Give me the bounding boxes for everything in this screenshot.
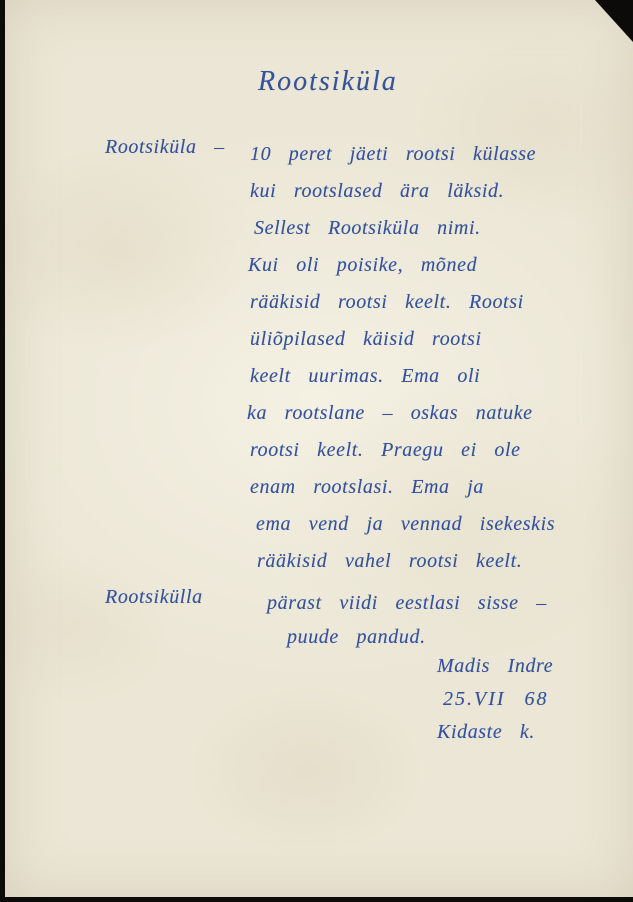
handwritten-line: Sellest Rootsiküla nimi. bbox=[254, 210, 555, 247]
handwritten-line: kui rootslased ära läksid. bbox=[250, 173, 555, 210]
manuscript-paper: Rootsiküla Rootsiküla – 10 peret jäeti r… bbox=[5, 0, 633, 897]
handwritten-line: ema vend ja vennad isekeskis bbox=[256, 506, 555, 543]
entry-body: pärast viidi eestlasi sisse – puude pand… bbox=[267, 586, 547, 654]
handwritten-line: keelt uurimas. Ema oli bbox=[250, 358, 555, 395]
handwritten-line: rääkisid vahel rootsi keelt. bbox=[257, 543, 555, 580]
page-title: Rootsiküla bbox=[258, 66, 398, 98]
handwritten-line: ka rootslane – oskas natuke bbox=[247, 395, 555, 432]
handwritten-line: Kui oli poisike, mõned bbox=[248, 247, 555, 284]
entry-rootsikula: Rootsiküla – 10 peret jäeti rootsi külas… bbox=[105, 136, 555, 580]
signature-block: Madis Indre 25.VII 68 Kidaste k. bbox=[437, 650, 553, 749]
handwritten-line: üliõpilased käisid rootsi bbox=[250, 321, 555, 358]
handwritten-line: puude pandud. bbox=[287, 620, 547, 654]
entry-rootsikulla: Rootsikülla pärast viidi eestlasi sisse … bbox=[105, 586, 547, 654]
handwritten-line: enam rootslasi. Ema ja bbox=[250, 469, 555, 506]
handwritten-line: rääkisid rootsi keelt. Rootsi bbox=[250, 284, 555, 321]
handwritten-line: pärast viidi eestlasi sisse – bbox=[267, 586, 547, 620]
signature-date: 25.VII 68 bbox=[443, 683, 553, 716]
signature-name: Madis Indre bbox=[437, 650, 553, 683]
signature-place: Kidaste k. bbox=[437, 716, 553, 749]
handwritten-line: 10 peret jäeti rootsi külasse bbox=[250, 136, 555, 173]
entry-body: 10 peret jäeti rootsi külasse kui rootsl… bbox=[250, 136, 555, 580]
entry-keyword: Rootsikülla bbox=[105, 586, 203, 609]
handwritten-line: rootsi keelt. Praegu ei ole bbox=[250, 432, 555, 469]
scanned-photo: Rootsiküla Rootsiküla – 10 peret jäeti r… bbox=[0, 0, 633, 902]
entry-keyword: Rootsiküla – bbox=[105, 136, 225, 159]
